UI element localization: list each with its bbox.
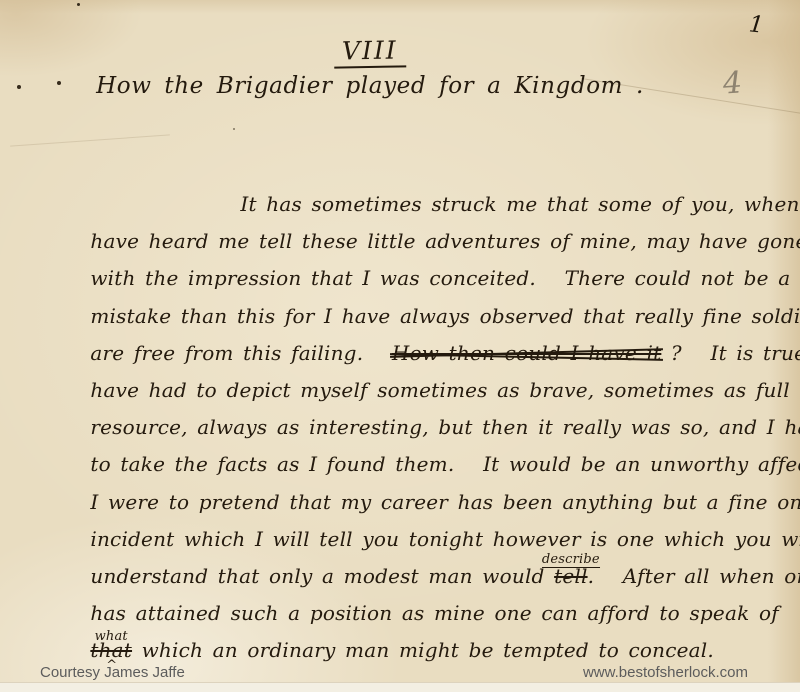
line-text: resource, always as interesting, but the… — [90, 415, 800, 439]
manuscript-body: It has sometimes struck me that some of … — [33, 168, 783, 651]
chapter-title: How the Brigadier played for a Kingdom . — [0, 73, 740, 99]
paper-speck — [233, 128, 235, 130]
manuscript-line: It has sometimes struck me that some of … — [33, 168, 783, 205]
chapter-heading: VIII How the Brigadier played for a King… — [0, 36, 740, 99]
scan-edge-strip — [0, 682, 800, 692]
line-text: It has sometimes struck me that some of … — [240, 192, 800, 216]
edit-correction: whatthat^ — [90, 638, 132, 662]
line-text: with the impression that I was conceited… — [90, 266, 800, 290]
line-text: have had to depict myself sometimes as b… — [90, 378, 800, 402]
line-text: understand that only a modest man would — [90, 564, 554, 588]
caption-bar: Courtesy James Jaffe www.bestofsherlock.… — [40, 664, 748, 681]
line-text: are free from this failing. — [90, 341, 392, 365]
line-text: incident which I will tell you tonight h… — [90, 527, 800, 551]
line-text: to take the facts as I found them. It wo… — [90, 452, 800, 476]
line-text: . After all when one — [588, 564, 800, 588]
page-number-ink: 1 — [748, 11, 765, 38]
chapter-number: VIII — [334, 35, 406, 68]
paper-speck — [77, 3, 80, 6]
line-text: has attained such a position as mine one… — [90, 601, 778, 625]
line-text: which an ordinary man might be tempted t… — [132, 638, 714, 662]
paper-crease — [10, 134, 170, 146]
edit-correction: describetell — [554, 564, 587, 588]
line-text: ? It is true that I — [661, 341, 800, 365]
line-text: I were to pretend that my career has bee… — [90, 490, 800, 514]
website-text: www.bestofsherlock.com — [583, 664, 748, 681]
struck-out-phrase: How then could I have it — [392, 341, 661, 365]
line-text: mistake than this for I have always obse… — [90, 304, 800, 328]
inserted-word: describe — [542, 553, 600, 568]
inserted-word: what — [95, 630, 128, 643]
manuscript-page: 1 4 VIII How the Brigadier played for a … — [0, 0, 800, 692]
line-text: have heard me tell these little adventur… — [90, 229, 800, 253]
credit-text: Courtesy James Jaffe — [40, 664, 185, 681]
